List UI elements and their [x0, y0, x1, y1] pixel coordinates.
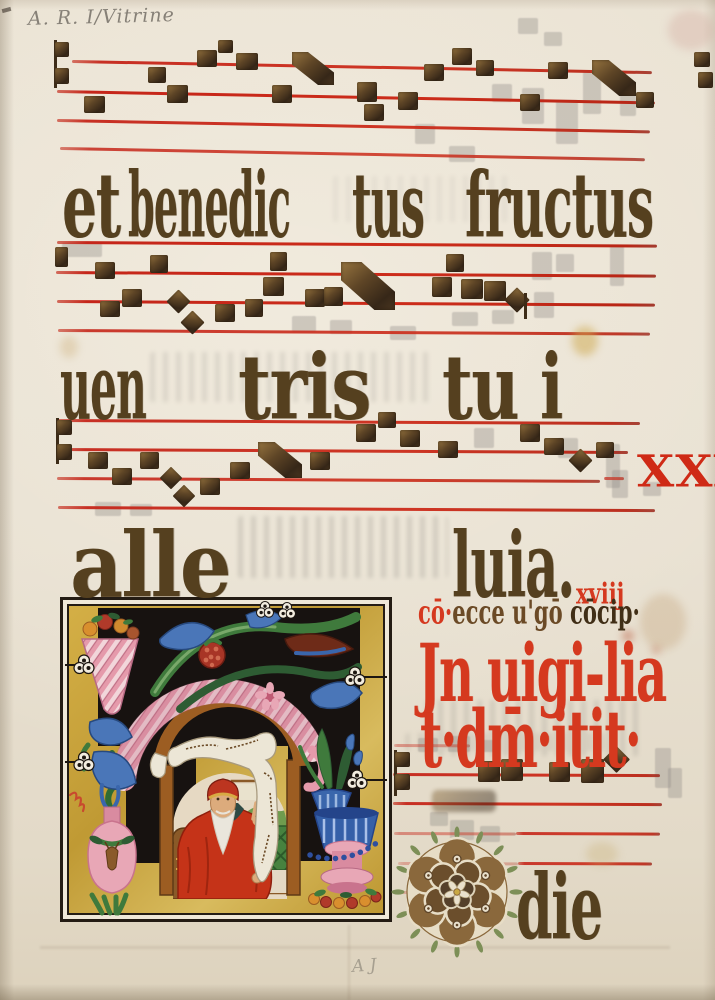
neume-stem [524, 293, 527, 319]
neume-sq [122, 289, 142, 307]
neume-sq [438, 441, 458, 458]
neume-sq [215, 304, 235, 322]
show-through-square [492, 310, 514, 324]
neume-sq [310, 452, 330, 470]
staff-line [57, 90, 655, 104]
neume-diam [173, 485, 196, 508]
neume-sq [55, 68, 69, 84]
neume-sq [263, 277, 284, 296]
show-through-square [518, 18, 538, 34]
neume-sq [230, 462, 250, 479]
manuscript-page: A. R. I/Vitrine A J XXX xviij cō·ecce u'… [0, 0, 715, 1000]
pencil-shelfmark-inscription: A. R. I/Vitrine [28, 4, 175, 30]
neume-sq [324, 287, 343, 306]
chant-word: tus [352, 152, 424, 258]
pencil-note-bottom: A J [351, 955, 377, 977]
neume-sq [364, 104, 384, 121]
neume-sq [432, 277, 452, 297]
neume-sq [148, 67, 166, 83]
neume-sq [167, 85, 188, 103]
neume-sq [398, 92, 418, 110]
chant-word: tris [238, 334, 370, 440]
neume-sq [548, 62, 568, 79]
chant-word: i [540, 334, 562, 440]
corner-ink-mark [2, 7, 12, 13]
rosette-ornament [391, 826, 523, 958]
parchment-stain [572, 326, 598, 356]
staff-line [604, 477, 624, 480]
staff-line [57, 477, 600, 483]
neume-sq [694, 52, 710, 67]
neume-sq [197, 50, 217, 67]
neume-sq [100, 301, 120, 317]
neume-sq [484, 281, 506, 301]
neume-sq [378, 412, 396, 428]
neume-sq [57, 444, 72, 460]
neume-sq [357, 82, 377, 102]
neume-sq [55, 42, 69, 57]
show-through-square [452, 312, 478, 326]
chant-word: benedic [128, 152, 290, 258]
neume-sq [698, 72, 713, 88]
neume-sq [236, 53, 258, 70]
neume-sq [424, 64, 444, 81]
neume-sq [476, 60, 494, 76]
neume-sq [245, 299, 263, 317]
show-through-square [544, 32, 562, 46]
neume-obl [258, 442, 302, 478]
show-through-square [556, 100, 578, 144]
show-through-square [668, 768, 682, 798]
neume-sq [112, 468, 132, 485]
chant-word: luia. [452, 512, 574, 618]
neume-obl [292, 52, 334, 85]
chant-word: tu [442, 334, 518, 440]
stag-motif [106, 847, 118, 870]
page-edge-shadow-left [0, 0, 14, 1000]
neume-sq [446, 254, 464, 272]
neume-sq [520, 94, 540, 111]
parchment-stain [668, 10, 714, 50]
staff-line [516, 832, 660, 836]
neume-diam [160, 467, 183, 490]
neume-sq [520, 424, 540, 442]
parchment-crease-vertical [348, 925, 350, 1000]
chant-word: alle [70, 512, 230, 618]
rubric-large-line-2: t·dm̄·itit· [420, 692, 640, 786]
chant-word: et [62, 152, 120, 258]
neume-sq [84, 96, 105, 113]
neume-sq [636, 92, 654, 108]
neume-sq [400, 430, 420, 447]
neume-sq [95, 262, 115, 279]
neume-sq [140, 452, 159, 469]
neume-sq [305, 289, 325, 307]
neume-sq [596, 442, 614, 458]
folio-number-roman: XXX [637, 446, 715, 498]
show-through-square [430, 812, 448, 826]
page-edge-shadow-bottom [0, 984, 715, 1000]
neume-smudge [432, 790, 496, 812]
show-through-text-band [238, 516, 448, 578]
neume-sq [395, 752, 410, 767]
neume-sq [461, 279, 483, 299]
chant-word: uen [60, 334, 146, 440]
neume-sq [200, 478, 220, 495]
neume-sq [452, 48, 472, 65]
neume-diam [166, 289, 190, 313]
historiated-initial-miniature [60, 597, 392, 922]
neume-sq [395, 774, 410, 790]
staff-line [57, 300, 655, 307]
neume-sq [544, 438, 564, 455]
neume-sq [272, 85, 292, 103]
page-edge-shadow-right [703, 0, 715, 1000]
neume-sq [218, 40, 233, 53]
chant-word: die [516, 854, 602, 960]
chant-word: fructus [465, 152, 653, 258]
neume-sq [88, 452, 108, 469]
